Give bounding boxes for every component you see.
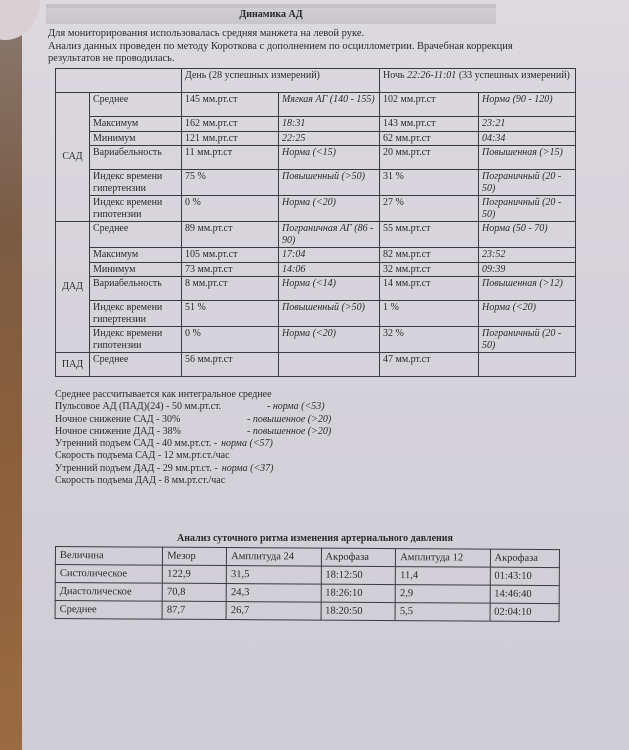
rhythm-row-label: Среднее xyxy=(55,601,162,620)
rhythm-cell: 70,8 xyxy=(162,583,226,601)
note-assessment: норма (<37) xyxy=(222,463,274,474)
night-assessment: Норма (<20) xyxy=(479,301,576,327)
parameter-name: Вариабельность xyxy=(90,146,182,170)
intro-text: Для мониторирования использовалась средн… xyxy=(48,28,558,66)
table-row: САДСреднее145 мм.рт.стМягкая АГ (140 - 1… xyxy=(56,93,576,117)
note-line: Утренний подъем ДАД - 29 мм.рт.ст. -норм… xyxy=(55,463,475,475)
rhythm-cell: 02:04:10 xyxy=(490,603,560,621)
table-row: Индекс времени гипертензии51 %Повышенный… xyxy=(56,301,576,327)
parameter-name: Среднее xyxy=(90,93,182,117)
table-row: ДАДСреднее89 мм.рт.стПограничная АГ (86 … xyxy=(56,222,576,248)
day-value: 121 мм.рт.ст xyxy=(182,131,279,146)
night-assessment: 09:39 xyxy=(479,262,576,277)
note-line: Ночное снижение ДАД - 38%- повышенное (>… xyxy=(55,426,475,438)
rhythm-cell: 5,5 xyxy=(395,603,489,622)
parameter-name: Среднее xyxy=(90,222,182,248)
note-line: Утренний подъем САД - 40 мм.рт.ст. -норм… xyxy=(55,438,475,450)
day-value: 51 % xyxy=(182,301,279,327)
note-text: Ночное снижение ДАД - 38% xyxy=(55,426,205,438)
night-assessment: Пограничный (20 - 50) xyxy=(479,327,576,353)
day-value: 89 мм.рт.ст xyxy=(182,222,279,248)
rhythm-cell: 18:26:10 xyxy=(321,584,396,602)
rhythm-column-header: Амплитуда 24 xyxy=(227,548,321,567)
document-title: Динамика АД xyxy=(46,8,496,24)
parameter-name: Индекс времени гипотензии xyxy=(90,327,182,353)
night-value: 47 мм.рт.ст xyxy=(380,353,479,377)
day-value: 11 мм.рт.ст xyxy=(182,146,279,170)
night-assessment xyxy=(479,353,576,377)
note-text: Среднее рассчитывается как интегральное … xyxy=(55,389,272,400)
rhythm-column-header: Акрофаза xyxy=(490,549,560,567)
intro-line-1: Для мониторирования использовалась средн… xyxy=(48,28,558,41)
note-line: Ночное снижение САД - 30%- повышенное (>… xyxy=(55,414,475,426)
rhythm-cell: 14:46:40 xyxy=(490,585,560,603)
parameter-name: Максимум xyxy=(90,248,182,263)
day-assessment: 14:06 xyxy=(279,262,380,277)
rhythm-body: Систолическое122,931,518:12:5011,401:43:… xyxy=(55,565,559,622)
rhythm-cell: 01:43:10 xyxy=(490,567,560,585)
note-assessment: норма (<57) xyxy=(221,438,273,449)
parameter-name: Минимум xyxy=(90,262,182,277)
night-assessment: Пограничный (20 - 50) xyxy=(479,170,576,196)
note-assessment: - норма (<53) xyxy=(267,401,325,412)
parameter-name: Минимум xyxy=(90,131,182,146)
table-body: САДСреднее145 мм.рт.стМягкая АГ (140 - 1… xyxy=(56,93,576,377)
rhythm-row-label: Диастолическое xyxy=(55,583,162,602)
table-row: Индекс времени гипертензии75 %Повышенный… xyxy=(56,170,576,196)
night-prefix: Ночь xyxy=(383,70,407,81)
bp-dynamics-table: День (28 успешных измерений) Ночь 22:26-… xyxy=(55,68,576,377)
night-assessment: 04:34 xyxy=(479,131,576,146)
parameter-name: Индекс времени гипертензии xyxy=(90,301,182,327)
day-assessment: Мягкая АГ (140 - 155) xyxy=(279,93,380,117)
circadian-rhythm-table: ВеличинаМезорАмплитуда 24АкрофазаАмплиту… xyxy=(55,546,560,622)
day-value: 145 мм.рт.ст xyxy=(182,93,279,117)
table-header-row: День (28 успешных измерений) Ночь 22:26-… xyxy=(56,69,576,93)
night-suffix: (33 успешных измерений) xyxy=(456,70,570,81)
night-value: 55 мм.рт.ст xyxy=(380,222,479,248)
parameter-name: Индекс времени гипертензии xyxy=(90,170,182,196)
day-value: 8 мм.рт.ст xyxy=(182,277,279,301)
night-value: 31 % xyxy=(380,170,479,196)
note-assessment: - повышенное (>20) xyxy=(247,426,331,437)
note-text: Скорость подъема САД - 12 мм.рт.ст./час xyxy=(55,450,230,461)
group-label: ПАД xyxy=(56,353,90,377)
note-line: Скорость подъема САД - 12 мм.рт.ст./час xyxy=(55,450,475,462)
day-assessment: 22:25 xyxy=(279,131,380,146)
table-row: Вариабельность8 мм.рт.стНорма (<14)14 мм… xyxy=(56,277,576,301)
table-row: Индекс времени гипотензии0 %Норма (<20)2… xyxy=(56,196,576,222)
day-assessment: 18:31 xyxy=(279,117,380,132)
day-assessment: 17:04 xyxy=(279,248,380,263)
summary-notes: Среднее рассчитывается как интегральное … xyxy=(55,389,475,487)
note-assessment: - повышенное (>20) xyxy=(247,414,331,425)
day-assessment: Пограничная АГ (86 - 90) xyxy=(279,222,380,248)
day-assessment: Повышенный (>50) xyxy=(279,301,380,327)
night-assessment: Повышенная (>12) xyxy=(479,277,576,301)
table-row: ПАДСреднее56 мм.рт.ст47 мм.рт.ст xyxy=(56,353,576,377)
table-row: Индекс времени гипотензии0 %Норма (<20)3… xyxy=(56,327,576,353)
note-line: Пульсовое АД (ПАД)(24) - 50 мм.рт.ст.- н… xyxy=(55,401,475,413)
day-value: 0 % xyxy=(182,196,279,222)
night-assessment: 23:21 xyxy=(479,117,576,132)
rhythm-column-header: Амплитуда 12 xyxy=(396,549,490,568)
group-label: САД xyxy=(56,93,90,222)
night-value: 27 % xyxy=(380,196,479,222)
night-value: 32 % xyxy=(380,327,479,353)
night-value: 32 мм.рт.ст xyxy=(380,262,479,277)
note-text: Утренний подъем ДАД - 29 мм.рт.ст. - xyxy=(55,463,218,474)
parameter-name: Индекс времени гипотензии xyxy=(90,196,182,222)
table-row: Максимум105 мм.рт.ст17:0482 мм.рт.ст23:5… xyxy=(56,248,576,263)
parameter-name: Максимум xyxy=(90,117,182,132)
note-line: Скорость подъема ДАД - 8 мм.рт.ст./час xyxy=(55,475,475,487)
table-row: Вариабельность11 мм.рт.стНорма (<15)20 м… xyxy=(56,146,576,170)
night-assessment: 23:52 xyxy=(479,248,576,263)
rhythm-cell: 24,3 xyxy=(226,584,320,603)
rhythm-cell: 122,9 xyxy=(163,565,227,583)
day-value: 162 мм.рт.ст xyxy=(182,117,279,132)
note-text: Скорость подъема ДАД - 8 мм.рт.ст./час xyxy=(55,475,225,486)
rhythm-title: Анализ суточного ритма изменения артериа… xyxy=(55,533,575,544)
rhythm-column-header: Величина xyxy=(55,547,162,566)
night-time-range: 22:26-11:01 xyxy=(407,70,456,81)
night-assessment: Норма (90 - 120) xyxy=(479,93,576,117)
day-assessment: Норма (<14) xyxy=(279,277,380,301)
rhythm-column-header: Мезор xyxy=(163,547,227,565)
rhythm-cell: 18:12:50 xyxy=(321,566,396,584)
night-value: 82 мм.рт.ст xyxy=(380,248,479,263)
intro-line-2: Анализ данных проведен по методу Коротко… xyxy=(48,41,558,66)
header-night: Ночь 22:26-11:01 (33 успешных измерений) xyxy=(380,69,576,93)
table-row: Максимум162 мм.рт.ст18:31143 мм.рт.ст23:… xyxy=(56,117,576,132)
night-value: 102 мм.рт.ст xyxy=(380,93,479,117)
day-assessment: Норма (<20) xyxy=(279,196,380,222)
note-line: Среднее рассчитывается как интегральное … xyxy=(55,389,475,401)
table-row: Минимум73 мм.рт.ст14:0632 мм.рт.ст09:39 xyxy=(56,262,576,277)
day-assessment: Повышенный (>50) xyxy=(279,170,380,196)
day-value: 75 % xyxy=(182,170,279,196)
night-value: 20 мм.рт.ст xyxy=(380,146,479,170)
day-value: 56 мм.рт.ст xyxy=(182,353,279,377)
day-assessment: Норма (<15) xyxy=(279,146,380,170)
rhythm-cell: 31,5 xyxy=(227,566,321,585)
rhythm-cell: 2,9 xyxy=(395,585,489,604)
rhythm-cell: 11,4 xyxy=(396,567,490,586)
day-assessment xyxy=(279,353,380,377)
rhythm-cell: 87,7 xyxy=(162,601,226,619)
rhythm-cell: 26,7 xyxy=(226,602,320,621)
rhythm-column-header: Акрофаза xyxy=(321,548,396,566)
night-assessment: Норма (50 - 70) xyxy=(479,222,576,248)
group-label: ДАД xyxy=(56,222,90,353)
day-value: 0 % xyxy=(182,327,279,353)
night-value: 14 мм.рт.ст xyxy=(380,277,479,301)
note-text: Утренний подъем САД - 40 мм.рт.ст. - xyxy=(55,438,217,449)
night-value: 62 мм.рт.ст xyxy=(380,131,479,146)
night-value: 1 % xyxy=(380,301,479,327)
parameter-name: Среднее xyxy=(90,353,182,377)
note-text: Ночное снижение САД - 30% xyxy=(55,414,205,426)
day-value: 73 мм.рт.ст xyxy=(182,262,279,277)
note-text: Пульсовое АД (ПАД)(24) - 50 мм.рт.ст. xyxy=(55,401,225,413)
table-row: Минимум121 мм.рт.ст22:2562 мм.рт.ст04:34 xyxy=(56,131,576,146)
rhythm-cell: 18:20:50 xyxy=(321,602,396,620)
night-value: 143 мм.рт.ст xyxy=(380,117,479,132)
rhythm-row: Среднее87,726,718:20:505,502:04:10 xyxy=(55,601,559,622)
night-assessment: Пограничный (20 - 50) xyxy=(479,196,576,222)
header-day: День (28 успешных измерений) xyxy=(182,69,380,93)
rhythm-row-label: Систолическое xyxy=(55,565,162,584)
day-value: 105 мм.рт.ст xyxy=(182,248,279,263)
parameter-name: Вариабельность xyxy=(90,277,182,301)
day-assessment: Норма (<20) xyxy=(279,327,380,353)
night-assessment: Повышенная (>15) xyxy=(479,146,576,170)
header-empty-cell xyxy=(56,69,182,93)
